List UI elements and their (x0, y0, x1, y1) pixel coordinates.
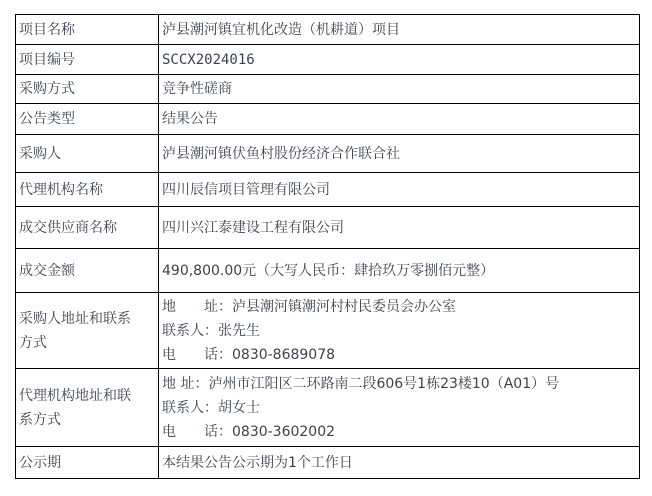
label-publicity-period: 公示期 (16, 447, 159, 479)
label-agency-name: 代理机构名称 (16, 173, 159, 207)
value-purchaser-contact: 地 址：泸县潮河镇潮河村村民委员会办公室 联系人：张先生 电 话：0830-86… (159, 293, 640, 369)
label-purchaser-contact-line2: 方式 (19, 331, 158, 355)
label-purchaser: 采购人 (16, 135, 159, 173)
table-row-agency-contact: 代理机构地址和联 系方式 地 址：泸州市江阳区二环路南二段606号1栋23楼10… (16, 369, 640, 447)
label-agency-contact-line2: 系方式 (19, 408, 158, 432)
value-project-name: 泸县潮河镇宜机化改造（机耕道）项目 (159, 15, 640, 45)
table-row-agency-name: 代理机构名称 四川辰信项目管理有限公司 (16, 173, 640, 207)
label-project-name: 项目名称 (16, 15, 159, 45)
table-row-deal-amount: 成交金额 490,800.00元（大写人民币：肆拾玖万零捌佰元整） (16, 249, 640, 293)
value-procurement-method: 竞争性磋商 (159, 75, 640, 104)
table-row-project-number: 项目编号 SCCX2024016 (16, 45, 640, 75)
value-announcement-type: 结果公告 (159, 104, 640, 135)
agency-phone: 电 话：0830-3602002 (162, 420, 639, 444)
table-row-procurement-method: 采购方式 竞争性磋商 (16, 75, 640, 104)
agency-contact-person: 联系人：胡女士 (162, 396, 639, 420)
value-deal-amount: 490,800.00元（大写人民币：肆拾玖万零捌佰元整） (159, 249, 640, 293)
table-row-publicity-period: 公示期 本结果公告公示期为1个工作日 (16, 447, 640, 479)
label-deal-amount: 成交金额 (16, 249, 159, 293)
table-row-supplier-name: 成交供应商名称 四川兴江泰建设工程有限公司 (16, 207, 640, 249)
label-procurement-method: 采购方式 (16, 75, 159, 104)
table-row-purchaser: 采购人 泸县潮河镇伏鱼村股份经济合作联合社 (16, 135, 640, 173)
announcement-table: 项目名称 泸县潮河镇宜机化改造（机耕道）项目 项目编号 SCCX2024016 … (15, 14, 640, 479)
value-project-number: SCCX2024016 (159, 45, 640, 75)
purchaser-phone: 电 话：0830-8689078 (162, 343, 639, 367)
purchaser-contact-person: 联系人：张先生 (162, 319, 639, 343)
label-project-number: 项目编号 (16, 45, 159, 75)
table-row-purchaser-contact: 采购人地址和联系 方式 地 址：泸县潮河镇潮河村村民委员会办公室 联系人：张先生… (16, 293, 640, 369)
value-agency-contact: 地 址：泸州市江阳区二环路南二段606号1栋23楼10（A01）号 联系人：胡女… (159, 369, 640, 447)
label-purchaser-contact: 采购人地址和联系 方式 (16, 293, 159, 369)
label-agency-contact-line1: 代理机构地址和联 (19, 384, 158, 408)
table-row-project-name: 项目名称 泸县潮河镇宜机化改造（机耕道）项目 (16, 15, 640, 45)
label-supplier-name: 成交供应商名称 (16, 207, 159, 249)
value-agency-name: 四川辰信项目管理有限公司 (159, 173, 640, 207)
purchaser-address: 地 址：泸县潮河镇潮河村村民委员会办公室 (162, 295, 639, 319)
label-announcement-type: 公告类型 (16, 104, 159, 135)
value-supplier-name: 四川兴江泰建设工程有限公司 (159, 207, 640, 249)
label-agency-contact: 代理机构地址和联 系方式 (16, 369, 159, 447)
label-purchaser-contact-line1: 采购人地址和联系 (19, 307, 158, 331)
agency-address: 地 址：泸州市江阳区二环路南二段606号1栋23楼10（A01）号 (162, 372, 639, 396)
value-publicity-period: 本结果公告公示期为1个工作日 (159, 447, 640, 479)
value-purchaser: 泸县潮河镇伏鱼村股份经济合作联合社 (159, 135, 640, 173)
table-row-announcement-type: 公告类型 结果公告 (16, 104, 640, 135)
